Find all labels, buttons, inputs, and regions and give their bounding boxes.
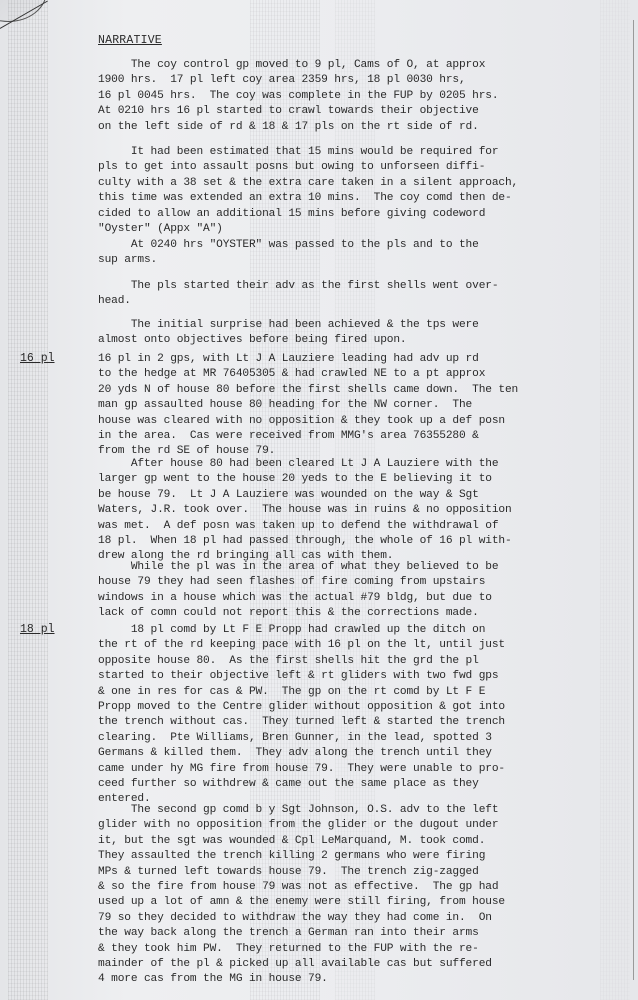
page-edge-line <box>633 20 634 980</box>
section-heading: NARRATIVE <box>98 34 162 47</box>
paragraph-16-pl: 16 pl in 2 gps, with Lt J A Lauziere lea… <box>98 352 618 460</box>
paragraph-6: After house 80 had been cleared Lt J A L… <box>98 457 618 565</box>
paragraph-8: The second gp comd b y Sgt Johnson, O.S.… <box>98 803 618 988</box>
paragraph-1: The coy control gp moved to 9 pl, Cams o… <box>98 58 618 135</box>
paragraph-5: The initial surprise had been achieved &… <box>98 318 618 349</box>
scan-noise-left <box>8 0 48 1000</box>
paragraph-3: At 0240 hrs "OYSTER" was passed to the p… <box>98 238 618 269</box>
paragraph-2: It had been estimated that 15 mins would… <box>98 145 618 237</box>
paragraph-18-pl: 18 pl comd by Lt F E Propp had crawled u… <box>98 623 618 808</box>
document-page: NARRATIVE The coy control gp moved to 9 … <box>0 0 638 1000</box>
paragraph-4: The pls started their adv as the first s… <box>98 279 618 310</box>
paragraph-7: While the pl was in the area of what the… <box>98 560 618 622</box>
side-label-18-pl: 18 pl <box>20 623 55 636</box>
side-label-16-pl: 16 pl <box>20 352 55 365</box>
